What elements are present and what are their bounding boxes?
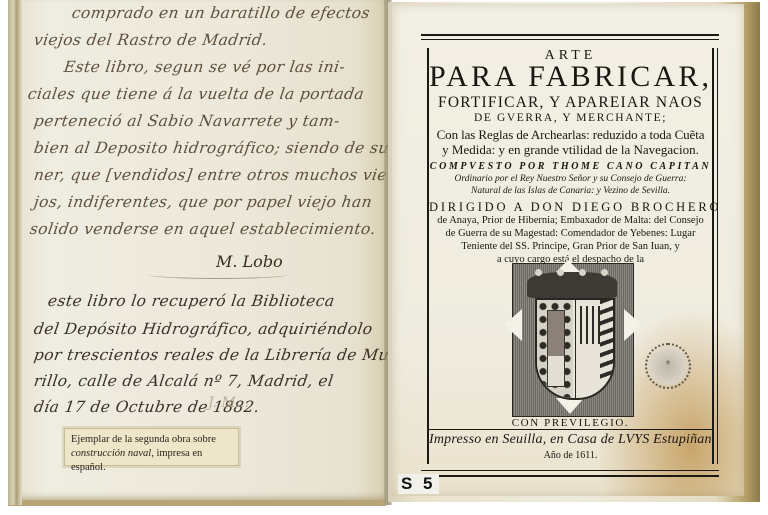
imprint-line: Impresso en Seuilla, en Casa de LVYS Est… xyxy=(429,432,712,448)
manuscript-line: perteneció al Sabio Navarrete y tam- xyxy=(33,112,380,130)
second-note-line: del Depósito Hidrográfico, adquiriéndolo xyxy=(33,320,380,338)
frame-rule xyxy=(421,34,719,36)
left-page-manuscript: comprado en un baratillo de efectos viej… xyxy=(8,0,386,506)
frame-rule xyxy=(421,39,719,40)
publication-year: Año de 1611. xyxy=(429,450,712,461)
binding-edge xyxy=(8,0,22,505)
faded-signature: J. M... xyxy=(208,395,249,411)
frame-rule xyxy=(717,48,718,464)
author-origin: Natural de las Islas de Canaria: y Vezin… xyxy=(429,186,712,196)
signature-flourish xyxy=(148,270,288,279)
second-note-line: este libro lo recuperó la Biblioteca xyxy=(47,292,380,310)
maltese-cross-arm-icon xyxy=(624,309,642,341)
shelf-mark-label: S 5 xyxy=(398,474,439,494)
manuscript-line: jos, indiferentes, que por papel viejo h… xyxy=(33,193,380,211)
library-stamp-icon: ⚜ xyxy=(645,343,691,389)
second-note-line: rillo, calle de Alcalá nº 7, Madrid, el xyxy=(33,372,380,390)
caption-italic: construcción naval xyxy=(71,448,151,459)
shield-bordure xyxy=(537,300,573,398)
dedication-line: de Guerra de su Magestad: Comendador de … xyxy=(429,228,712,239)
second-note-line: por trescientos reales de la Librería de… xyxy=(33,346,380,364)
crown-icon xyxy=(527,272,617,298)
dedication-line: de Anaya, Prior de Hibernia; Embaxador d… xyxy=(429,215,712,226)
manuscript-line: Este libro, segun se vé por las ini- xyxy=(63,58,380,76)
frame-rule xyxy=(421,470,719,471)
manuscript-line: viejos del Rastro de Madrid. xyxy=(33,31,380,49)
author-line: COMPVESTO POR THOME CANO CAPITAN xyxy=(429,161,712,172)
imprint-divider xyxy=(429,429,712,430)
right-page-title: ARTE PARA FABRICAR, FORTIFICAR, Y APAREI… xyxy=(392,4,744,496)
subtitle-reglas: Con las Reglas de Archearlas: reduzido a… xyxy=(429,127,712,143)
title-guerra: DE GVERRA, Y MERCHANTE; xyxy=(429,112,712,124)
title-para-fabricar: PARA FABRICAR, xyxy=(429,60,712,94)
heraldic-shield-icon xyxy=(535,298,615,400)
wheat-sheaves-icon xyxy=(580,306,600,344)
manuscript-line: ner, que [vendidos] entre otros muchos v… xyxy=(33,166,380,184)
author-office: Ordinario por el Rey Nuestro Señor y su … xyxy=(429,174,712,184)
manuscript-line: bien al Deposito hidrográfico; siendo de… xyxy=(33,139,380,157)
maltese-cross-arm-icon xyxy=(504,309,522,341)
caption-slip: Ejemplar de la segunda obra sobre constr… xyxy=(64,428,239,466)
privilege-line: CON PREVILEGIO. xyxy=(429,417,712,429)
second-note-line: día 17 de Octubre de 1882. xyxy=(33,398,380,416)
dedication-heading: DIRIGIDO A DON DIEGO BROCHERO xyxy=(429,200,712,215)
maltese-cross-arm-icon xyxy=(556,398,584,414)
frame-rule xyxy=(712,48,714,464)
manuscript-line: comprado en un baratillo de efectos xyxy=(71,4,380,22)
dedication-line: Teniente del SS. Principe, Gran Prior de… xyxy=(429,241,712,252)
frame-rule xyxy=(421,475,719,477)
signature-lobo: M. Lobo xyxy=(216,252,283,271)
manuscript-line: ciales que tiene á la vuelta de la porta… xyxy=(27,85,380,103)
bend-stripes xyxy=(600,300,615,380)
title-fortificar: FORTIFICAR, Y APAREIAR NAOS xyxy=(429,94,712,112)
caption-line-2: construcción naval, impresa en español. xyxy=(71,447,232,475)
subtitle-medida: y Medida: y en grande vtilidad de la Nav… xyxy=(429,142,712,158)
caption-line-1: Ejemplar de la segunda obra sobre xyxy=(71,433,232,447)
manuscript-line: solido venderse en aquel establecimiento… xyxy=(29,220,380,238)
